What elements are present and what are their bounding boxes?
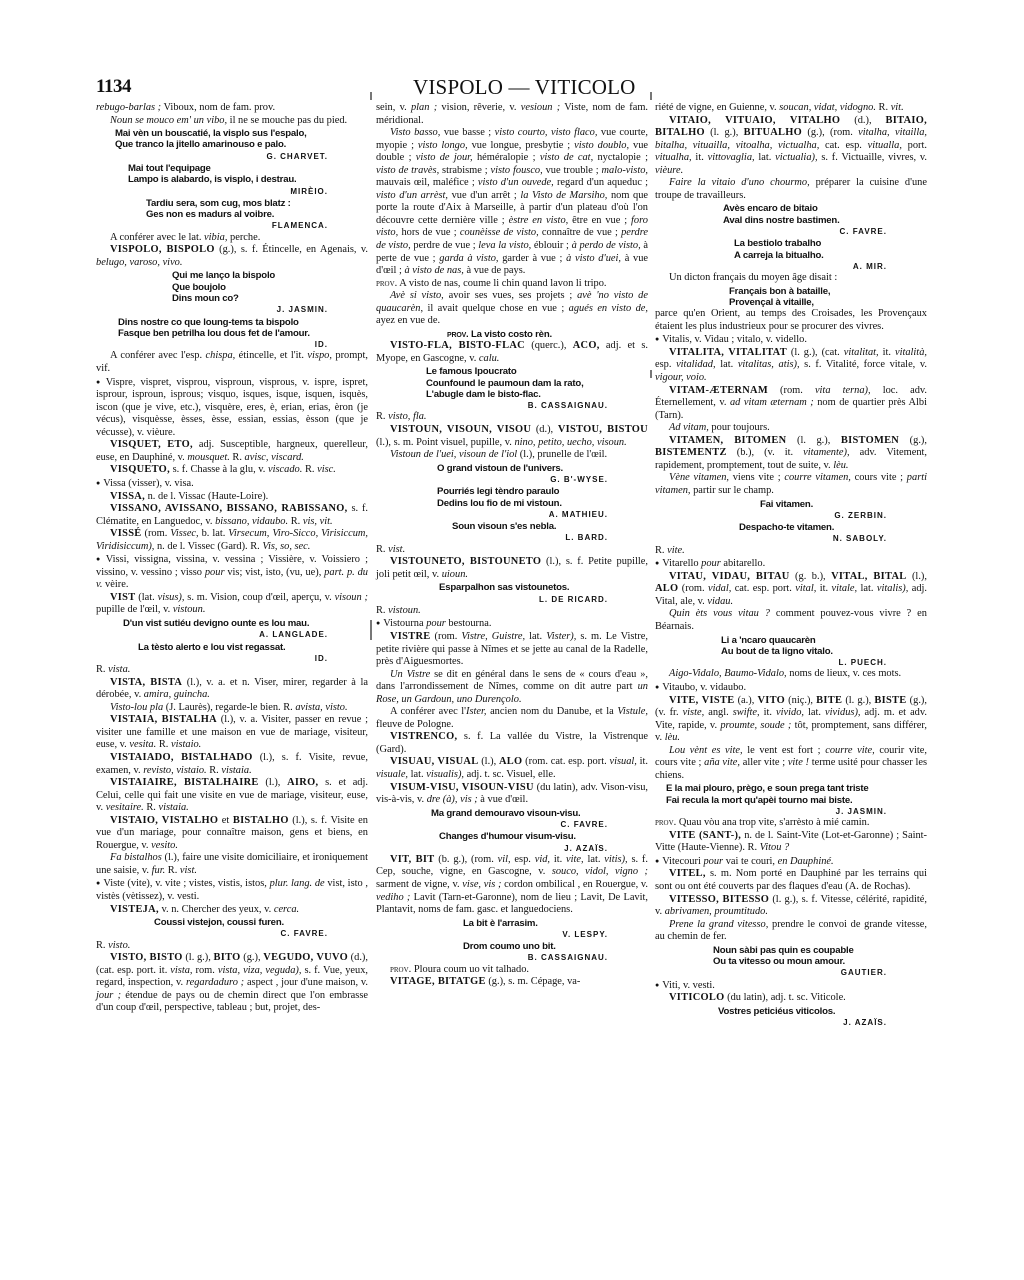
verse-line: D'un vist sutiéu devigno ounte es lou ma… — [96, 618, 368, 629]
verse-line: Provençal à vitaille, — [655, 297, 927, 308]
dictionary-entry: prov. A visto de nas, coume li chin quan… — [376, 278, 648, 291]
quotation-source: C. FAVRE. — [96, 928, 368, 939]
verse-line: L'abugle dam le bisto-flac. — [376, 389, 648, 400]
dictionary-entry: Noun se mouco em' un vibo, il ne se mouc… — [96, 115, 368, 128]
column-right: riété de vigne, en Guienne, v. soucan, v… — [655, 102, 927, 1028]
dictionary-entry: VISTEJA, v. n. Chercher des yeux, v. cer… — [96, 904, 368, 917]
dictionary-entry: VIST (lat. visus), s. m. Vision, coup d'… — [96, 592, 368, 617]
dictionary-entry: VITAU, VIDAU, BITAU (g. b.), VITAL, BITA… — [655, 571, 927, 609]
dictionary-entry: A conférer avec l'Ister, ancien nom du D… — [376, 706, 648, 731]
quotation-source: L. BARD. — [376, 532, 648, 543]
verse-line: Dins moun co? — [96, 293, 368, 304]
verse-quotation: Pourriés legi tèndro parauloDedins lou f… — [376, 486, 648, 520]
verse-line: La bestiolo trabalho — [655, 238, 927, 249]
quotation-source: C. FAVRE. — [655, 226, 927, 237]
gutter-mark — [650, 92, 652, 100]
dictionary-entry: Lou vènt es vite, le vent est fort ; cou… — [655, 745, 927, 783]
gutter-mark — [370, 620, 372, 640]
verse-line: Au bout de ta ligno vitalo. — [655, 646, 927, 657]
verse-quotation: Mai vèn un bouscatié, la visplo sus l'es… — [96, 128, 368, 162]
dictionary-entry: sein, v. plan ; vision, rêverie, v. vesi… — [376, 102, 648, 127]
cross-reference-entry: Vissa (visser), v. visa. — [96, 477, 368, 491]
dictionary-entry: R. visto. — [96, 940, 368, 953]
verse-line: Drom coumo uno bit. — [376, 941, 648, 952]
dictionary-entry: VISTAIO, VISTALHO et BISTALHO (l.), s. f… — [96, 815, 368, 853]
verse-line: Coussi vistejon, coussi furen. — [96, 917, 368, 928]
verse-quotation: E la mai plouro, prègo, e soun prega tan… — [655, 783, 927, 817]
quotation-source: J. AZAÏS. — [376, 843, 648, 854]
dictionary-entry: Avè si visto, avoir ses vues, ses projet… — [376, 290, 648, 328]
quotation-source: MIRÈIO. — [96, 186, 368, 197]
verse-line: Pourriés legi tèndro paraulo — [376, 486, 648, 497]
dictionary-entry: rebugo-barlas ; Viboux, nom de fam. prov… — [96, 102, 368, 115]
verse-quotation: prov. La visto costo rèn. — [376, 329, 648, 340]
verse-line: Ma grand demouravo visoun-visu. — [376, 808, 648, 819]
running-head: VISPOLO — VITICOLO — [413, 75, 636, 100]
verse-quotation: Coussi vistejon, coussi furen.C. FAVRE. — [96, 917, 368, 940]
quotation-source: A. LANGLADE. — [96, 629, 368, 640]
column-left: rebugo-barlas ; Viboux, nom de fam. prov… — [96, 102, 368, 1015]
dictionary-entry: VITAGE, BITATGE (g.), s. m. Cépage, va- — [376, 976, 648, 989]
dictionary-entry: R. vite. — [655, 545, 927, 558]
verse-quotation: Qui me lanço la bispoloQue boujoloDins m… — [96, 270, 368, 315]
dictionary-entry: VISUM-VISU, VISOUN-VISU (du latin), adv.… — [376, 782, 648, 807]
dictionary-entry: R. visto, fla. — [376, 411, 648, 424]
verse-line: Fai recula la mort qu'apèi tourno mai bi… — [655, 795, 927, 806]
quotation-source: A. MATHIEU. — [376, 509, 648, 520]
verse-line: La bit è l'arrasim. — [376, 918, 648, 929]
quotation-source: N. SABOLY. — [655, 533, 927, 544]
verse-line: Qui me lanço la bispolo — [96, 270, 368, 281]
quotation-source: GAUTIER. — [655, 967, 927, 978]
verse-line: Li a 'ncaro quaucarèn — [655, 635, 927, 646]
dictionary-entry: VISTA, BISTA (l.), v. a. et n. Viser, mi… — [96, 677, 368, 702]
dictionary-entry: VISSÉ (rom. Vissec, b. lat. Virsecum, Vi… — [96, 528, 368, 553]
quotation-source: ID. — [96, 339, 368, 350]
dictionary-entry: VISTO, BISTO (l. g.), BITO (g.), VEGUDO,… — [96, 952, 368, 1015]
gutter-mark — [370, 92, 372, 100]
dictionary-entry: Vistoun de l'uei, visoun de l'iol (l.), … — [376, 449, 648, 462]
verse-quotation: Ma grand demouravo visoun-visu.C. FAVRE. — [376, 808, 648, 831]
verse-quotation: Drom coumo uno bit.B. CASSAIGNAU. — [376, 941, 648, 964]
dictionary-entry: VISTRE (rom. Vistre, Guistre, lat. Viste… — [376, 631, 648, 669]
verse-line: Esparpalhon sas vistounetos. — [376, 582, 648, 593]
dictionary-entry: VISTAIA, BISTALHA (l.), v. a. Visiter, p… — [96, 714, 368, 752]
dictionary-entry: VISTAIAIRE, BISTALHAIRE (l.), AIRO, s. e… — [96, 777, 368, 815]
dictionary-entry: VISUAU, VISUAL (l.), ALO (rom. cat. esp.… — [376, 756, 648, 781]
verse-quotation: Fai vitamen.G. ZERBIN. — [655, 499, 927, 522]
cross-reference-entry: Vissi, vissigna, vissina, v. vessina ; V… — [96, 553, 368, 592]
verse-line: Mai tout l'equipage — [96, 163, 368, 174]
verse-line: Soun visoun s'es nebla. — [376, 521, 648, 532]
verse-line: Ges non es madurs al voibre. — [96, 209, 368, 220]
quotation-source: B. CASSAIGNAU. — [376, 400, 648, 411]
quotation-source: G. CHARVET. — [96, 151, 368, 162]
column-middle: sein, v. plan ; vision, rêverie, v. vesi… — [376, 102, 648, 989]
verse-line: La tèsto alerto e lou vist regassat. — [96, 642, 368, 653]
verse-quotation: La bestiolo trabalhoA carreja la bitualh… — [655, 238, 927, 272]
dictionary-entry: R. vist. — [376, 544, 648, 557]
dictionary-entry: R. vista. — [96, 664, 368, 677]
verse-line: Que tranco la jitello amarinouso e palo. — [96, 139, 368, 150]
quotation-source: ID. — [96, 653, 368, 664]
dictionary-entry: parce qu'en Orient, au temps des Croisad… — [655, 308, 927, 333]
verse-line: Mai vèn un bouscatié, la visplo sus l'es… — [96, 128, 368, 139]
quotation-source: J. JASMIN. — [96, 304, 368, 315]
dictionary-entry: Quin èts vous vitau ? comment pouvez-vou… — [655, 608, 927, 633]
verse-line: O grand vistoun de l'univers. — [376, 463, 648, 474]
verse-line: Aval dins nostre bastimen. — [655, 215, 927, 226]
cross-reference-entry: Vistourna pour bestourna. — [376, 617, 648, 631]
dictionary-entry: Visto-lou pla (J. Laurès), regarde-le bi… — [96, 702, 368, 715]
verse-quotation: Mai tout l'equipageLampo is alabardo, is… — [96, 163, 368, 197]
verse-line: E la mai plouro, prègo, e soun prega tan… — [655, 783, 927, 794]
verse-line: prov. La visto costo rèn. — [376, 329, 648, 340]
quotation-source: B. CASSAIGNAU. — [376, 952, 648, 963]
quotation-source: FLAMENCA. — [96, 220, 368, 231]
verse-quotation: Li a 'ncaro quaucarènAu bout de ta ligno… — [655, 635, 927, 669]
dictionary-entry: Vène vitamen, viens vite ; courre vitame… — [655, 472, 927, 497]
verse-line: Tardiu sera, som cug, mos blatz : — [96, 198, 368, 209]
cross-reference-entry: Vitaubo, v. vidaubo. — [655, 681, 927, 695]
dictionary-entry: VITICOLO (du latin), adj. t. sc. Viticol… — [655, 992, 927, 1005]
dictionary-entry: VITEL, s. m. Nom porté en Dauphiné par l… — [655, 868, 927, 893]
dictionary-entry: Prene la grand vitesso, prendre le convo… — [655, 919, 927, 944]
dictionary-entry: R. vistoun. — [376, 605, 648, 618]
dictionary-entry: prov. Ploura coum uo vit talhado. — [376, 964, 648, 977]
page-number: 1134 — [96, 76, 131, 98]
verse-line: Dins nostre co que loung-tems ta bispolo — [96, 317, 368, 328]
verse-line: Que boujolo — [96, 282, 368, 293]
verse-line: Counfound le paumoun dam la rato, — [376, 378, 648, 389]
dictionary-entry: VIT, BIT (b. g.), (rom. vil, esp. vid, i… — [376, 854, 648, 917]
quotation-source: L. DE RICARD. — [376, 594, 648, 605]
verse-line: Le famous Ipoucrato — [376, 366, 648, 377]
verse-quotation: La bit è l'arrasim.V. LESPY. — [376, 918, 648, 941]
dictionary-entry: Aigo-Vidalo, Baumo-Vidalo, noms de lieux… — [655, 668, 927, 681]
dictionary-entry: A conférer avec l'esp. chispa, étincelle… — [96, 350, 368, 375]
dictionary-entry: VITAMEN, BITOMEN (l. g.), BISTOMEN (g.),… — [655, 435, 927, 473]
quotation-source: C. FAVRE. — [376, 819, 648, 830]
verse-quotation: O grand vistoun de l'univers.G. B'-WYSE. — [376, 463, 648, 486]
dictionary-entry: VISQUETO, s. f. Chasse à la glu, v. visc… — [96, 464, 368, 477]
dictionary-entry: VISTOUNETO, BISTOUNETO (l.), s. f. Petit… — [376, 556, 648, 581]
dictionary-entry: VISSA, n. de l. Vissac (Haute-Loire). — [96, 491, 368, 504]
dictionary-entry: VISSANO, AVISSANO, BISSANO, RABISSANO, s… — [96, 503, 368, 528]
verse-line: Fai vitamen. — [655, 499, 927, 510]
dictionary-entry: VISQUET, ETO, adj. Susceptible, hargneux… — [96, 439, 368, 464]
dictionary-entry: VITE (SANT-), n. de l. Saint-Vite (Lot-e… — [655, 830, 927, 855]
cross-reference-entry: Vitecouri pour vai te couri, en Dauphiné… — [655, 855, 927, 869]
dictionary-entry: VITE, VISTE (a.), VITO (niç.), BITE (l. … — [655, 695, 927, 745]
cross-reference-entry: Vispre, vispret, visprou, visproun, visp… — [96, 376, 368, 440]
dictionary-entry: Fa bistalhos (l.), faire une visite domi… — [96, 852, 368, 877]
dictionary-entry: A conférer avec le lat. vibia, perche. — [96, 232, 368, 245]
dictionary-entry: prov. Quau vòu ana trop vite, s'arrèsto … — [655, 817, 927, 830]
verse-quotation: Vostres peticiéus viticolos.J. AZAÏS. — [655, 1006, 927, 1029]
cross-reference-entry: Vitalis, v. Vidau ; vitalo, v. vidello. — [655, 333, 927, 347]
verse-line: Avès encaro de bitaio — [655, 203, 927, 214]
verse-quotation: Tardiu sera, som cug, mos blatz :Ges non… — [96, 198, 368, 232]
dictionary-entry: Ad vitam, pour toujours. — [655, 422, 927, 435]
verse-line: Despacho-te vitamen. — [655, 522, 927, 533]
quotation-source: V. LESPY. — [376, 929, 648, 940]
verse-line: Fasque ben petrilha lou dous fet de l'am… — [96, 328, 368, 339]
verse-quotation: Noun sàbi pas quin es coupableOu ta vite… — [655, 945, 927, 979]
verse-quotation: Avès encaro de bitaioAval dins nostre ba… — [655, 203, 927, 237]
verse-line: Français bon à bataille, — [655, 286, 927, 297]
dictionary-entry: VISTO-FLA, BISTO-FLAC (querc.), ACO, adj… — [376, 340, 648, 365]
quotation-source: G. B'-WYSE. — [376, 474, 648, 485]
verse-line: Changes d'humour visum-visu. — [376, 831, 648, 842]
verse-quotation: Esparpalhon sas vistounetos.L. DE RICARD… — [376, 582, 648, 605]
verse-quotation: Français bon à bataille,Provençal à vita… — [655, 286, 927, 309]
cross-reference-entry: Viste (vite), v. vite ; vistes, vistis, … — [96, 877, 368, 903]
quotation-source: L. PUECH. — [655, 657, 927, 668]
dictionary-entry: VITAM-ÆTERNAM (rom. vita terna), loc. ad… — [655, 385, 927, 423]
verse-quotation: Dins nostre co que loung-tems ta bispolo… — [96, 317, 368, 351]
verse-quotation: Despacho-te vitamen.N. SABOLY. — [655, 522, 927, 545]
quotation-source: A. MIR. — [655, 261, 927, 272]
dictionary-entry: riété de vigne, en Guienne, v. soucan, v… — [655, 102, 927, 115]
cross-reference-entry: Viti, v. vesti. — [655, 979, 927, 993]
dictionary-entry: VISTRENCO, s. f. La vallée du Vistre, la… — [376, 731, 648, 756]
verse-line: Ou ta vitesso ou moun amour. — [655, 956, 927, 967]
quotation-source: J. JASMIN. — [655, 806, 927, 817]
verse-quotation: D'un vist sutiéu devigno ounte es lou ma… — [96, 618, 368, 641]
gutter-mark — [650, 370, 652, 378]
quotation-source: J. AZAÏS. — [655, 1017, 927, 1028]
dictionary-entry: VISPOLO, BISPOLO (g.), s. f. Étincelle, … — [96, 244, 368, 269]
verse-line: A carreja la bitualho. — [655, 250, 927, 261]
dictionary-entry: Visto basso, vue basse ; visto courto, v… — [376, 127, 648, 278]
dictionary-entry: VITAIO, VITUAIO, VITALHO (d.), BITAIO, B… — [655, 115, 927, 178]
dictionary-entry: Faire la vitaio d'uno chourmo, préparer … — [655, 177, 927, 202]
verse-quotation: Le famous IpoucratoCounfound le paumoun … — [376, 366, 648, 411]
dictionary-entry: VITALITA, VITALITAT (l. g.), (cat. vital… — [655, 347, 927, 385]
dictionary-entry: VITESSO, BITESSO (l. g.), s. f. Vitesse,… — [655, 894, 927, 919]
verse-line: Dedins lou fio de mi vistoun. — [376, 498, 648, 509]
cross-reference-entry: Vitarello pour abitarello. — [655, 557, 927, 571]
dictionary-entry: Un Vistre se dit en général dans le sens… — [376, 669, 648, 707]
quotation-source: G. ZERBIN. — [655, 510, 927, 521]
verse-quotation: Changes d'humour visum-visu.J. AZAÏS. — [376, 831, 648, 854]
verse-line: Vostres peticiéus viticolos. — [655, 1006, 927, 1017]
dictionary-entry: VISTOUN, VISOUN, VISOU (d.), VISTOU, BIS… — [376, 424, 648, 449]
verse-line: Noun sàbi pas quin es coupable — [655, 945, 927, 956]
dictionary-entry: VISTAIADO, BISTALHADO (l.), s. f. Visite… — [96, 752, 368, 777]
verse-line: Lampo is alabardo, is visplo, i destrau. — [96, 174, 368, 185]
verse-quotation: La tèsto alerto e lou vist regassat.ID. — [96, 642, 368, 665]
dictionary-entry: Un dicton français du moyen âge disait : — [655, 272, 927, 285]
verse-quotation: Soun visoun s'es nebla.L. BARD. — [376, 521, 648, 544]
